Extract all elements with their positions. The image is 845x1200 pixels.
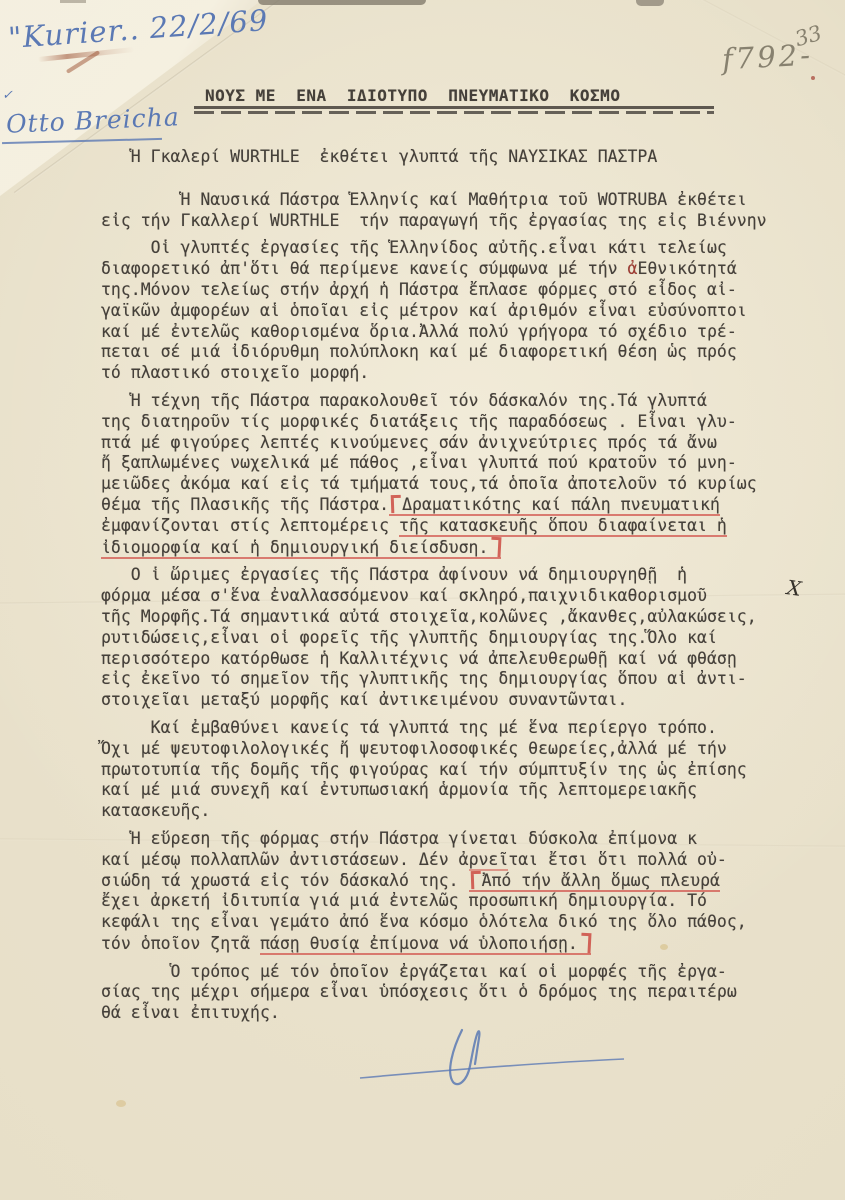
typed-text: κεφάλι της εἶναι γεμάτο ἀπό ἕνα κόσμο ὁλ… <box>101 912 747 931</box>
typed-text: θέμα τῆς Πλασικῆς τῆς Πάστρα. <box>101 495 389 514</box>
typed-text: σιώδη τά χρωστά εἰς τόν δάσκαλό της. <box>101 871 469 890</box>
typed-text: Ὁ τρόπος μέ τόν ὁποῖον ἐργάζεται καί οἱ … <box>101 962 727 981</box>
typed-line: ἐμφανίζονται στίς λεπτομέρεις τῆς κατασκ… <box>101 516 825 537</box>
typed-text: πτά μέ φιγούρες λεπτές κινούμενες σάν ἀν… <box>101 433 717 452</box>
typed-line: της.Μόνον τελείως στήν ἀρχή ἡ Πάστρα ἔπλ… <box>101 280 825 301</box>
typed-text-red-marked: πάσῃ θυσίᾳ ἐπίμονα νά ὑλοποιήσῃ. <box>260 934 591 955</box>
stain <box>116 1100 126 1107</box>
typed-line: της διατηροῦν τίς μορφικές διατάξεις τῆς… <box>101 412 825 433</box>
typed-text: ἔχει ἀρκετή ἰδιτυπία γιά μιά ἐντελῶς προ… <box>101 891 707 910</box>
typed-text: διαφορετικό ἀπ'ὅτι θά περίμενε κανείς σύ… <box>101 259 628 278</box>
typed-line: πεται σέ μιά ἰδιόρυθμη πολύπλοκη καί μέ … <box>101 342 825 363</box>
typed-text: πρωτοτυπία τῆς δομῆς τῆς φιγούρας καί τή… <box>101 760 747 779</box>
typed-text: ἐμφανίζονται στίς λεπτομέρεις <box>101 516 399 535</box>
typed-text: κατασκευῆς. <box>101 801 210 820</box>
typed-line: καί μέ μιά συνεχῆ καί ἐντυπωσιακή ἁρμονί… <box>101 780 825 801</box>
typed-text-red-marked: Ἀπό τήν ἄλλη ὅμως πλευρά <box>469 871 720 892</box>
torn-edge-notch <box>636 0 664 6</box>
typed-text: καί μέ μιά συνεχῆ καί ἐντυπωσιακή ἁρμονί… <box>101 780 697 799</box>
typed-line: Ἡ Ναυσικά Πάστρα Ἑλληνίς καί Μαθήτρια το… <box>101 190 825 211</box>
typed-text: Ἡ εὕρεση τῆς φόρμας στήν Πάστρα γίνεται … <box>101 829 697 848</box>
typed-paragraph: Ὁ τρόπος μέ τόν ὁποῖον ἐργάζεται καί οἱ … <box>101 962 825 1024</box>
typed-text: καί μέσῳ πολλαπλῶν ἀντιστάσεων. Δέν ἀ <box>101 850 469 869</box>
typed-text-red-marked: Δραματικότης καί πάλη πνευματική <box>389 495 720 516</box>
typed-line: Ἡ τέχνη τῆς Πάστρα παρακολουθεῖ τόν δάσκ… <box>101 391 825 412</box>
typed-paragraph: Καί ἐμβαθύνει κανείς τά γλυπτά της μέ ἕν… <box>101 718 825 822</box>
typed-line: γαϊκῶν ἀμφορέων αἱ ὁποῖαι εἰς μέτρον καί… <box>101 301 825 322</box>
torn-edge-notch <box>60 0 86 3</box>
typed-line: ἰδιομορφία καί ἡ δημιουργική διείσδυση. <box>101 537 825 559</box>
typed-text: Ο ἱ ὥριμες ἐργασίες τῆς Πάστρα ἀφίνουν ν… <box>101 565 687 584</box>
typed-line: κατασκευῆς. <box>101 801 825 822</box>
typed-line: σίας της μέχρι σήμερα εἶναι ὑπόσχεσις ὅτ… <box>101 982 825 1003</box>
typed-line: Καί ἐμβαθύνει κανείς τά γλυπτά της μέ ἕν… <box>101 718 825 739</box>
typed-text: ται ἔτσι ὅτι πολλά οὐ- <box>508 850 727 869</box>
typed-line: Ὁ τρόπος μέ τόν ὁποῖον ἐργάζεται καί οἱ … <box>101 962 825 983</box>
typed-line: καί μέσῳ πολλαπλῶν ἀντιστάσεων. Δέν ἀρνε… <box>101 850 825 871</box>
stain <box>811 76 815 80</box>
typed-line: θέμα τῆς Πλασικῆς τῆς Πάστρα.Δραματικότη… <box>101 495 825 516</box>
typed-paragraph: Ἡ εὕρεση τῆς φόρμας στήν Πάστρα γίνεται … <box>101 829 825 955</box>
typed-text: Ὄχι μέ ψευτοφιλολογικές ἤ ψευτοφιλοσοφικ… <box>101 739 727 758</box>
typed-text-red-marked: τῆς κατασκευῆς ὅπου διαφαίνεται ἡ <box>399 516 727 537</box>
typed-line: τό πλαστικό στοιχεῖο μορφή. <box>101 363 825 384</box>
typed-text: ρυτιδώσεις,εἶναι οἱ φορεῖς τῆς γλυπτῆς δ… <box>101 628 717 647</box>
typed-text-red-marked: ἀ <box>628 259 638 278</box>
typed-text: σίας της μέχρι σήμερα εἶναι ὑπόσχεσις ὅτ… <box>101 982 737 1001</box>
typed-line: καί μέ ἐντελῶς καθορισμένα ὅρια.Ἀλλά πολ… <box>101 322 825 343</box>
typed-line: εἰς τήν Γκαλλερί WURTHLE τήν παραγωγή τῆ… <box>101 211 825 232</box>
typed-text: εἰς ἐκεῖνο τό σημεῖον τῆς γλυπτικῆς της … <box>101 669 747 688</box>
typed-text-red-marked: ἰδιομορφία καί ἡ δημιουργική διείσδυση. <box>101 538 501 559</box>
typed-line: Ο ἱ ὥριμες ἐργασίες τῆς Πάστρα ἀφίνουν ν… <box>101 565 825 586</box>
typed-line: ρυτιδώσεις,εἶναι οἱ φορεῖς τῆς γλυπτῆς δ… <box>101 628 825 649</box>
typed-text: Ἡ τέχνη τῆς Πάστρα παρακολουθεῖ τόν δάσκ… <box>101 391 707 410</box>
typed-line: τόν ὁποῖον ζητᾶ πάσῃ θυσίᾳ ἐπίμονα νά ὑλ… <box>101 933 825 955</box>
typed-line: πρωτοτυπία τῆς δομῆς τῆς φιγούρας καί τή… <box>101 760 825 781</box>
title-underline-dashed <box>194 111 714 114</box>
typed-line: ἔχει ἀρκετή ἰδιτυπία γιά μιά ἐντελῶς προ… <box>101 891 825 912</box>
check-mark: ✓ <box>2 88 13 103</box>
typed-text: θά εἶναι ἐπιτυχής. <box>101 1003 280 1022</box>
typed-line: μειῶδες ἀκόμα καί εἰς τά τμήματά τους,τά… <box>101 474 825 495</box>
document-subtitle: Ἡ Γκαλερί WURTHLE ἐκθέτει γλυπτά τῆς ΝΑΥ… <box>101 147 825 168</box>
typed-text: εἰς τήν Γκαλλερί WURTHLE τήν παραγωγή τῆ… <box>101 211 767 230</box>
typed-text: τῆς Μορφῆς.Τά σημαντικά αὐτά στοιχεῖα,κο… <box>101 607 757 626</box>
typed-text: Οἱ γλυπτές ἐργασίες τῆς Ἑλληνίδος αὐτῆς.… <box>101 238 727 257</box>
typed-text: της διατηροῦν τίς μορφικές διατάξεις τῆς… <box>101 412 737 431</box>
typed-line: τῆς Μορφῆς.Τά σημαντικά αὐτά στοιχεῖα,κο… <box>101 607 825 628</box>
typed-text: γαϊκῶν ἀμφορέων αἱ ὁποῖαι εἰς μέτρον καί… <box>101 301 747 320</box>
document-title: ΝΟΥΣ ΜΕ ΕΝΑ ΙΔΙΟΤΥΠΟ ΠΝΕΥΜΑΤΙΚΟ ΚΟΣΜΟ <box>205 86 620 106</box>
typed-text: μειῶδες ἀκόμα καί εἰς τά τμήματά τους,τά… <box>101 474 757 493</box>
typed-line: διαφορετικό ἀπ'ὅτι θά περίμενε κανείς σύ… <box>101 259 825 280</box>
typed-line: στοιχεῖαι μεταξύ μορφῆς καί ἀντικειμένου… <box>101 690 825 711</box>
scanned-document-page: "Kurier.. 22/2/69 f792- 33 ✓ Otto Breich… <box>0 0 845 1200</box>
typed-paragraph: Ο ἱ ὥριμες ἐργασίες τῆς Πάστρα ἀφίνουν ν… <box>101 565 825 711</box>
typed-line: ἤ ξαπλωμένες νωχελικά μέ πάθος ,εἶναι γλ… <box>101 453 825 474</box>
typed-text: Ἡ Ναυσικά Πάστρα Ἑλληνίς καί Μαθήτρια το… <box>101 190 747 209</box>
signature-paraph <box>356 1024 656 1094</box>
typed-paragraph: Οἱ γλυπτές ἐργασίες τῆς Ἑλληνίδος αὐτῆς.… <box>101 238 825 384</box>
typed-text: Εθνικότητά <box>637 259 736 278</box>
typed-text: καί μέ ἐντελῶς καθορισμένα ὅρια.Ἀλλά πολ… <box>101 322 737 341</box>
typed-text: της.Μόνον τελείως στήν ἀρχή ἡ Πάστρα ἔπλ… <box>101 280 737 299</box>
typed-text: φόρμα μέσα σ'ἕνα ἐναλλασσόμενον καί σκλη… <box>101 586 707 605</box>
typed-body: Ἡ Γκαλερί WURTHLE ἐκθέτει γλυπτά τῆς ΝΑΥ… <box>101 147 825 1024</box>
typed-line: εἰς ἐκεῖνο τό σημεῖον τῆς γλυπτικῆς της … <box>101 669 825 690</box>
typed-text: στοιχεῖαι μεταξύ μορφῆς καί ἀντικειμένου… <box>101 690 628 709</box>
typed-line: πτά μέ φιγούρες λεπτές κινούμενες σάν ἀν… <box>101 433 825 454</box>
typed-line: περισσότερο κατόρθωσε ἡ Καλλιτέχνις νά ἀ… <box>101 649 825 670</box>
typed-line: κεφάλι της εἶναι γεμάτο ἀπό ἕνα κόσμο ὁλ… <box>101 912 825 933</box>
typed-text: ἤ ξαπλωμένες νωχελικά μέ πάθος ,εἶναι γλ… <box>101 453 737 472</box>
typed-line: φόρμα μέσα σ'ἕνα ἐναλλασσόμενον καί σκλη… <box>101 586 825 607</box>
typed-text: πεται σέ μιά ἰδιόρυθμη πολύπλοκη καί μέ … <box>101 342 737 361</box>
typed-text: τό πλαστικό στοιχεῖο μορφή. <box>101 363 369 382</box>
typed-text: Καί ἐμβαθύνει κανείς τά γλυπτά της μέ ἕν… <box>101 718 717 737</box>
typed-text: περισσότερο κατόρθωσε ἡ Καλλιτέχνις νά ἀ… <box>101 649 737 668</box>
typed-text-red-marked: ρνεῖ <box>469 850 509 871</box>
torn-edge-notch <box>258 0 426 5</box>
typed-line: Οἱ γλυπτές ἐργασίες τῆς Ἑλληνίδος αὐτῆς.… <box>101 238 825 259</box>
typed-paragraph: Ἡ Ναυσικά Πάστρα Ἑλληνίς καί Μαθήτρια το… <box>101 190 825 232</box>
title-underline-solid <box>194 106 714 109</box>
typed-line: Ἡ εὕρεση τῆς φόρμας στήν Πάστρα γίνεται … <box>101 829 825 850</box>
typed-line: Ὄχι μέ ψευτοφιλολογικές ἤ ψευτοφιλοσοφικ… <box>101 739 825 760</box>
typed-text: τόν ὁποῖον ζητᾶ <box>101 934 260 953</box>
typed-line: θά εἶναι ἐπιτυχής. <box>101 1003 825 1024</box>
typed-line: σιώδη τά χρωστά εἰς τόν δάσκαλό της. Ἀπό… <box>101 871 825 892</box>
typed-paragraph: Ἡ τέχνη τῆς Πάστρα παρακολουθεῖ τόν δάσκ… <box>101 391 825 558</box>
